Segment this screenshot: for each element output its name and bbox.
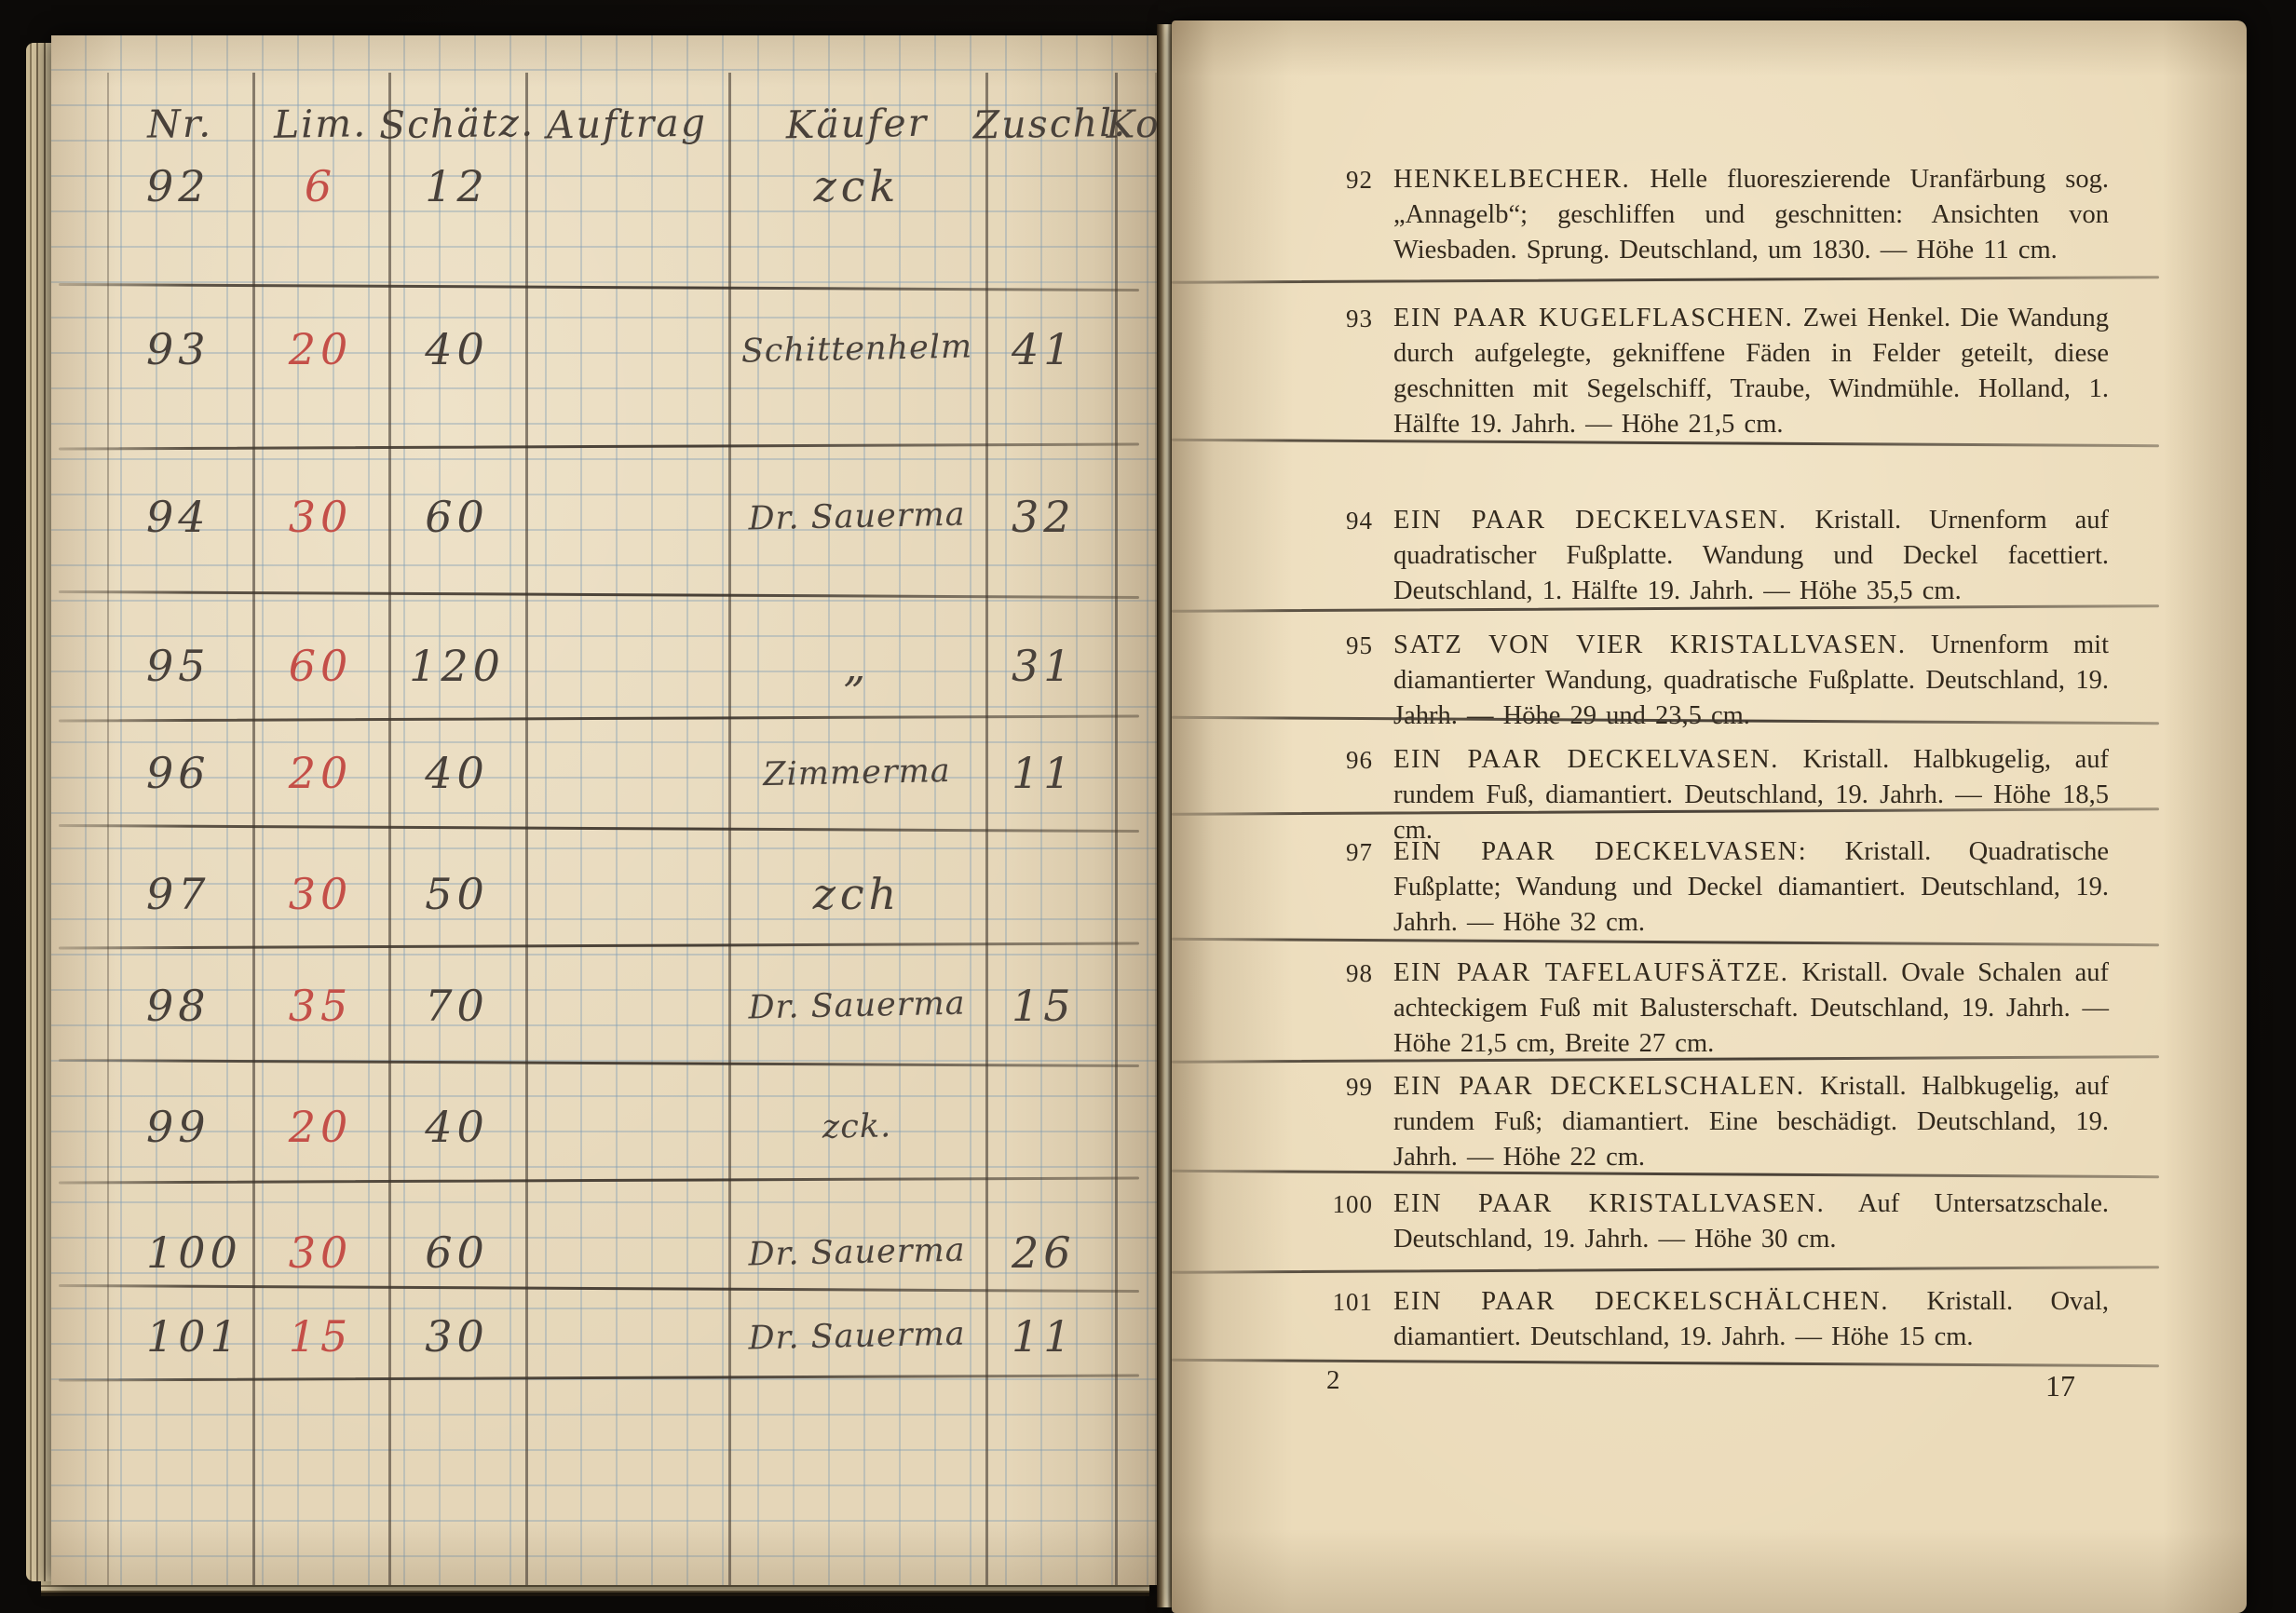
pencil-divider xyxy=(59,1176,1139,1184)
ledger-page: Nr.Lim.Schätz.AuftragKäuferZuschl.Kom 92… xyxy=(51,35,1158,1585)
pencil-divider xyxy=(59,590,1139,599)
ledger-cell-lim: 20 xyxy=(252,308,388,390)
ledger-cell-kaeufer: zck. xyxy=(727,1083,986,1171)
lot-number: 94 xyxy=(1321,507,1373,535)
ledger-cell-schaetz: 12 xyxy=(388,145,525,227)
lot-title: EIN PAAR TAFELAUFSÄTZE. xyxy=(1393,958,1788,987)
catalog-entry: 98EIN PAAR TAFELAUFSÄTZE. Kristall. Oval… xyxy=(1321,956,2111,1062)
lot-description: EIN PAAR KRISTALLVASEN. Auf Untersatzsch… xyxy=(1393,1186,2109,1257)
lot-description: EIN PAAR DECKELSCHÄLCHEN. Kristall. Oval… xyxy=(1393,1284,2109,1355)
catalog-entry: 101EIN PAAR DECKELSCHÄLCHEN. Kristall. O… xyxy=(1321,1284,2111,1355)
ledger-header-kom: Kom xyxy=(1114,92,1158,155)
pencil-divider xyxy=(1172,1359,2159,1367)
ledger-cell-kaeufer: Dr. Sauerma xyxy=(727,473,986,561)
lot-title: HENKELBECHER. xyxy=(1393,165,1630,194)
ledger-cell-kaeufer: Schittenhelm xyxy=(727,305,986,393)
ledger-cell-kaeufer: Dr. Sauerma xyxy=(727,962,986,1050)
ledger-cell-kaeufer: zck xyxy=(728,145,985,227)
lot-number: 100 xyxy=(1321,1190,1373,1219)
pencil-divider xyxy=(1172,276,2159,284)
lot-description: EIN PAAR DECKELVASEN. Kristall. Halbkuge… xyxy=(1393,742,2109,848)
ledger-cell-lim: 35 xyxy=(252,965,388,1047)
lot-title: EIN PAAR DECKELVASEN: xyxy=(1393,837,1807,866)
lot-number: 95 xyxy=(1321,631,1373,660)
catalog-entry: 96EIN PAAR DECKELVASEN. Kristall. Halbku… xyxy=(1321,742,2111,848)
ledger-cell-lim: 6 xyxy=(252,145,388,227)
pencil-divider xyxy=(1172,1266,2159,1274)
lot-title: EIN PAAR DECKELVASEN. xyxy=(1393,745,1779,774)
ledger-cell-kaeufer: Zimmerma xyxy=(727,729,986,817)
lot-description: EIN PAAR KUGELFLASCHEN. Zwei Henkel. Die… xyxy=(1393,301,2109,442)
lot-number: 101 xyxy=(1321,1288,1373,1317)
ledger-cell-schaetz: 40 xyxy=(388,1086,525,1168)
page-number: 17 xyxy=(2045,1369,2075,1403)
catalog-entry: 94EIN PAAR DECKELVASEN. Kristall. Urnenf… xyxy=(1321,503,2111,609)
book-gutter xyxy=(1157,24,1172,1607)
ledger-cell-lim: 30 xyxy=(252,853,388,935)
ledger-cell-lim: 60 xyxy=(252,625,388,707)
catalog-entry: 100EIN PAAR KRISTALLVASEN. Auf Untersatz… xyxy=(1321,1186,2111,1257)
ledger-cell-zuschl: 32 xyxy=(985,476,1141,558)
ledger-cell-schaetz: 40 xyxy=(388,308,525,390)
lot-title: EIN PAAR DECKELVASEN. xyxy=(1393,506,1787,535)
pencil-divider xyxy=(59,442,1139,450)
ledger-cell-schaetz: 70 xyxy=(388,965,525,1047)
ledger-cell-lim: 30 xyxy=(252,476,388,558)
ledger-cell-lim: 15 xyxy=(252,1295,388,1377)
lot-description: HENKELBECHER. Helle fluoreszierende Uran… xyxy=(1393,162,2109,268)
lot-number: 98 xyxy=(1321,959,1373,988)
ledger-cell-schaetz: 50 xyxy=(388,853,525,935)
ledger-cell-schaetz: 60 xyxy=(388,1212,525,1294)
lot-title: EIN PAAR KRISTALLVASEN. xyxy=(1393,1189,1825,1218)
lot-title: EIN PAAR DECKELSCHALEN. xyxy=(1393,1072,1805,1101)
lot-title: EIN PAAR KUGELFLASCHEN. xyxy=(1393,304,1793,332)
open-book-photo: Nr.Lim.Schätz.AuftragKäuferZuschl.Kom 92… xyxy=(0,0,2296,1613)
ledger-cell-kaeufer: Dr. Sauerma xyxy=(727,1209,986,1296)
ledger-cell-kaeufer: zch xyxy=(728,853,985,935)
lot-number: 92 xyxy=(1321,166,1373,195)
lot-description: EIN PAAR DECKELVASEN: Kristall. Quadrati… xyxy=(1393,834,2109,941)
ledger-header-zuschl: Zuschl. xyxy=(985,92,1115,156)
ledger-cell-zuschl: 41 xyxy=(985,308,1141,390)
lot-title: EIN PAAR DECKELSCHÄLCHEN. xyxy=(1393,1287,1889,1316)
pencil-divider xyxy=(59,714,1139,722)
ledger-cell-kaeufer: Dr. Sauerma xyxy=(727,1293,986,1380)
catalog-page: 92HENKELBECHER. Helle fluoreszierende Ur… xyxy=(1172,20,2247,1613)
lot-number: 99 xyxy=(1321,1073,1373,1102)
pencil-divider xyxy=(59,1059,1139,1067)
lot-title: SATZ VON VIER KRISTALLVASEN. xyxy=(1393,630,1907,659)
page-stack-edges xyxy=(26,43,54,1581)
ledger-cell-zuschl: 15 xyxy=(985,965,1141,1047)
ledger-cell-lim: 20 xyxy=(252,1086,388,1168)
catalog-entry: 99EIN PAAR DECKELSCHALEN. Kristall. Halb… xyxy=(1321,1069,2111,1175)
ledger-cell-lim: 20 xyxy=(252,732,388,814)
lot-number: 96 xyxy=(1321,746,1373,775)
lot-description: EIN PAAR DECKELSCHALEN. Kristall. Halbku… xyxy=(1393,1069,2109,1175)
pencil-divider xyxy=(59,283,1139,291)
ledger-cell-schaetz: 30 xyxy=(388,1295,525,1377)
ledger-cell-schaetz: 120 xyxy=(388,625,525,707)
ledger-header-auftrag: Auftrag xyxy=(524,91,728,156)
ledger-cell-kaeufer: „ xyxy=(728,625,985,707)
catalog-entry: 97EIN PAAR DECKELVASEN: Kristall. Quadra… xyxy=(1321,834,2111,941)
lot-description: EIN PAAR DECKELVASEN. Kristall. Urnenfor… xyxy=(1393,503,2109,609)
catalog-entry: 92HENKELBECHER. Helle fluoreszierende Ur… xyxy=(1321,162,2111,268)
ledger-cell-schaetz: 60 xyxy=(388,476,525,558)
lot-number: 97 xyxy=(1321,838,1373,867)
ledger-cell-schaetz: 40 xyxy=(388,732,525,814)
footer-signature-mark: 2 xyxy=(1326,1365,1340,1396)
ledger-cell-zuschl: 11 xyxy=(985,732,1141,814)
pencil-divider xyxy=(59,942,1139,949)
ledger-cell-zuschl: 26 xyxy=(985,1212,1141,1294)
lot-description: EIN PAAR TAFELAUFSÄTZE. Kristall. Ovale … xyxy=(1393,956,2109,1062)
pencil-divider xyxy=(59,824,1139,833)
ledger-cell-zuschl: 31 xyxy=(985,625,1141,707)
ledger-cell-zuschl: 11 xyxy=(985,1295,1141,1377)
ledger-cell-lim: 30 xyxy=(252,1212,388,1294)
catalog-entry: 93EIN PAAR KUGELFLASCHEN. Zwei Henkel. D… xyxy=(1321,301,2111,442)
lot-number: 93 xyxy=(1321,305,1373,333)
